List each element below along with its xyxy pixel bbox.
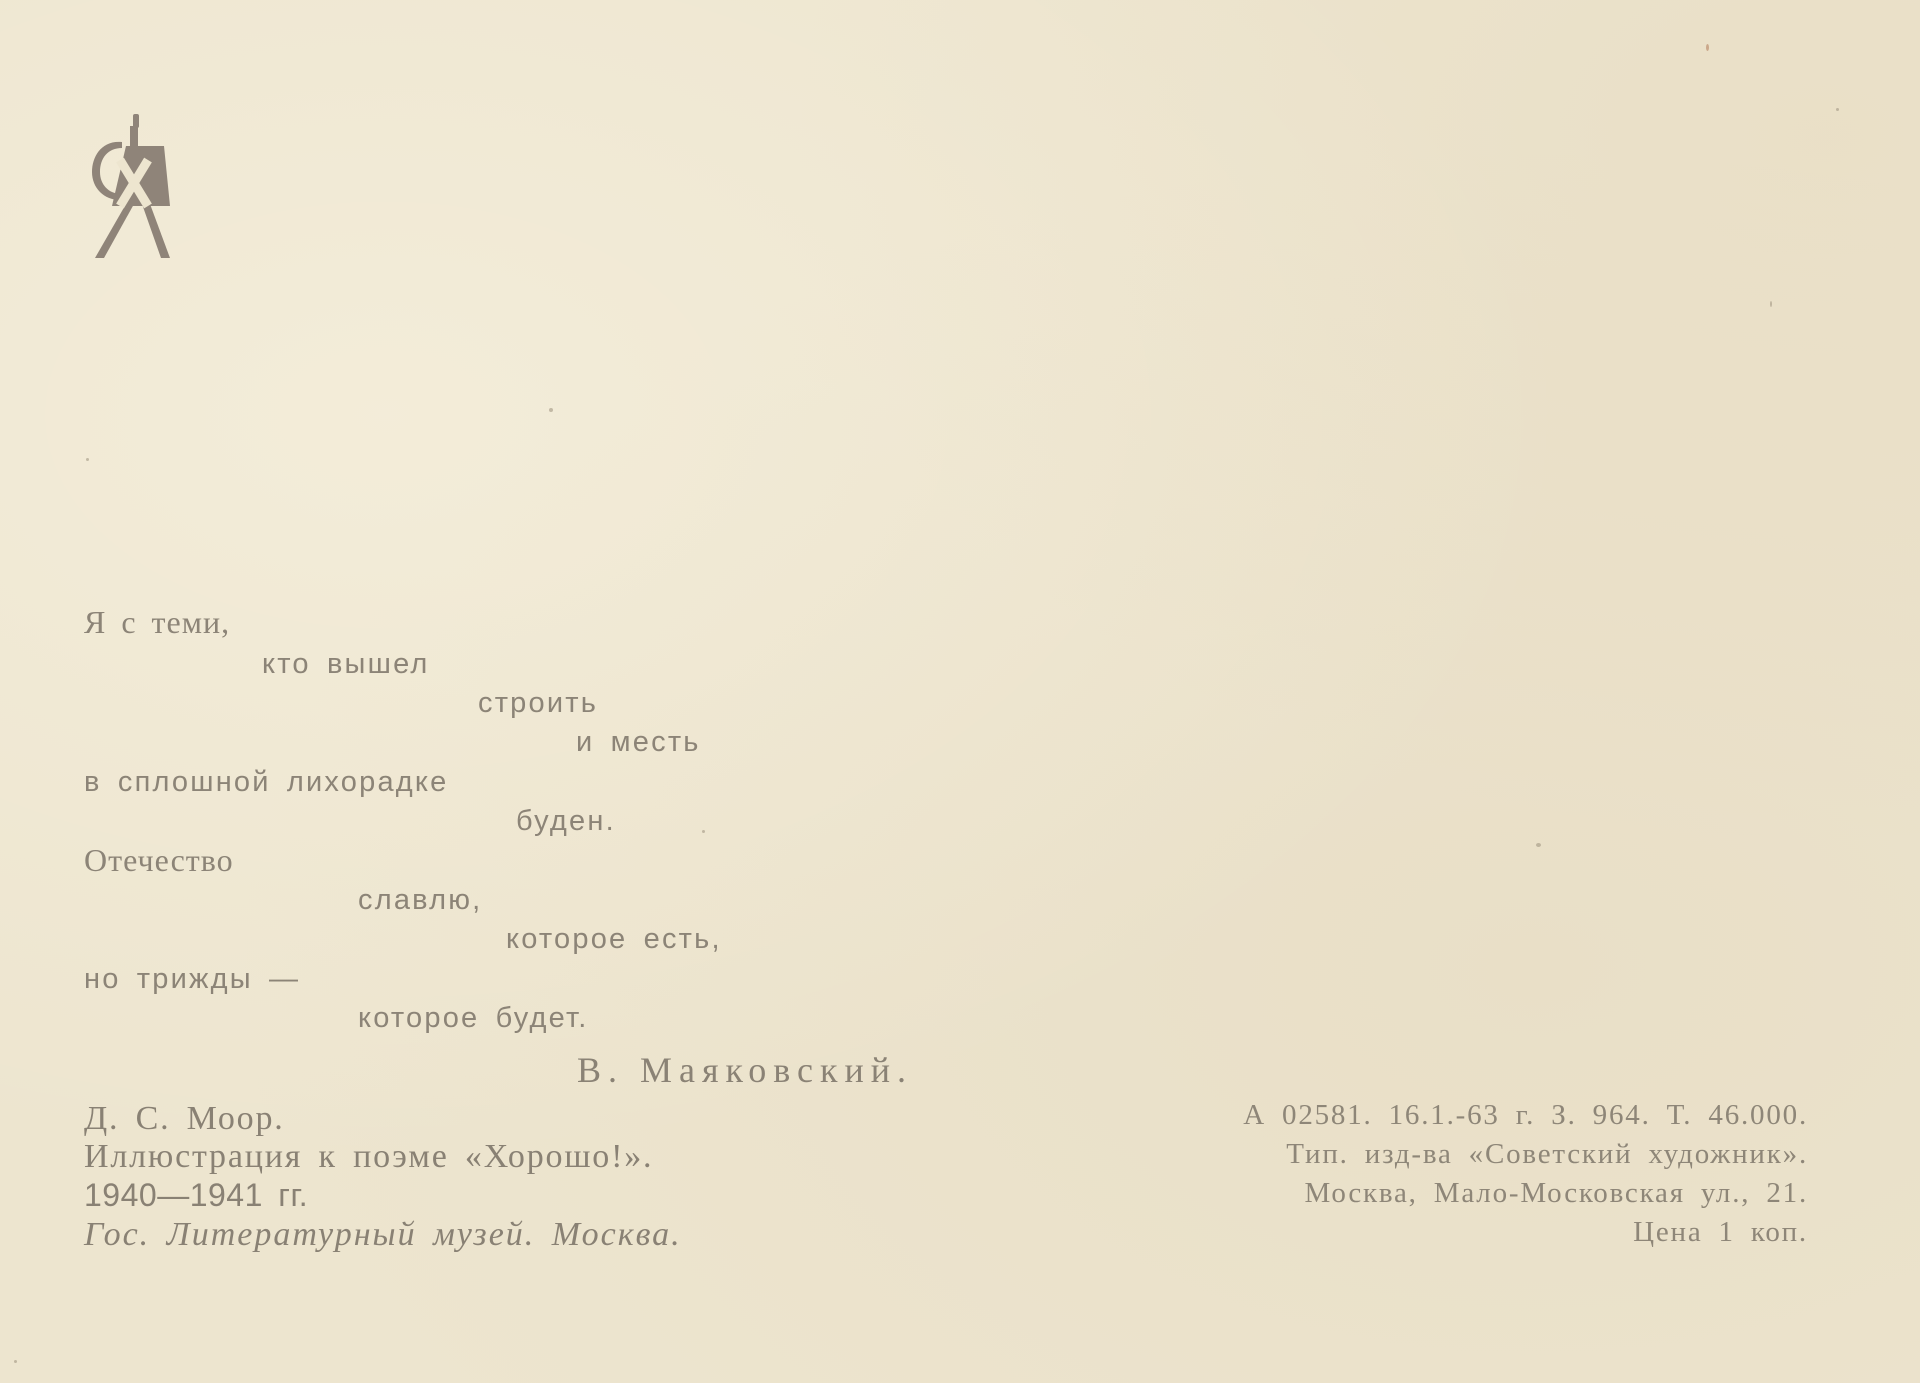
paper-speck [1536,843,1541,847]
paper-speck [86,458,89,461]
artwork-title: Иллюстрация к поэме «Хорошо!». [84,1140,653,1174]
poem-author: В. Маяковский. [577,1052,913,1088]
imprint-line-3: Москва, Мало-Московская ул., 21. [1304,1179,1808,1208]
poem-line-5: в сплошной лихорадке [84,768,448,797]
poem-line-10: но трижды — [84,965,300,994]
poem-line-9: которое есть, [506,925,722,954]
artwork-collection: Гос. Литературный музей. Москва. [84,1218,682,1252]
poem-line-6: буден. [516,807,616,836]
poem-line-3: строить [478,689,598,718]
paper-speck [549,408,553,412]
imprint-line-2: Тип. изд-ва «Советский художник». [1286,1140,1808,1169]
poem-line-8: славлю, [358,886,482,915]
paper-speck [1836,108,1839,111]
imprint-price: Цена 1 коп. [1633,1218,1808,1247]
sx-easel-logo-icon [82,110,174,260]
imprint-line-1: А 02581. 16.1.-63 г. З. 964. Т. 46.000. [1243,1101,1808,1130]
paper-speck [702,830,705,833]
paper-speck [1706,44,1709,51]
postcard-back: Я с теми, кто вышел строить и месть в сп… [0,0,1920,1383]
artwork-years: 1940—1941 гг. [84,1179,308,1211]
poem-line-2: кто вышел [262,650,430,679]
poem-line-11: которое будет. [358,1004,589,1033]
poem-line-7: Отечество [84,844,234,876]
poem-line-1: Я с теми, [84,606,230,638]
artist-name: Д. С. Моор. [84,1102,285,1136]
poem-line-4: и месть [576,728,701,757]
paper-speck [1770,301,1772,307]
paper-speck [14,1360,17,1363]
